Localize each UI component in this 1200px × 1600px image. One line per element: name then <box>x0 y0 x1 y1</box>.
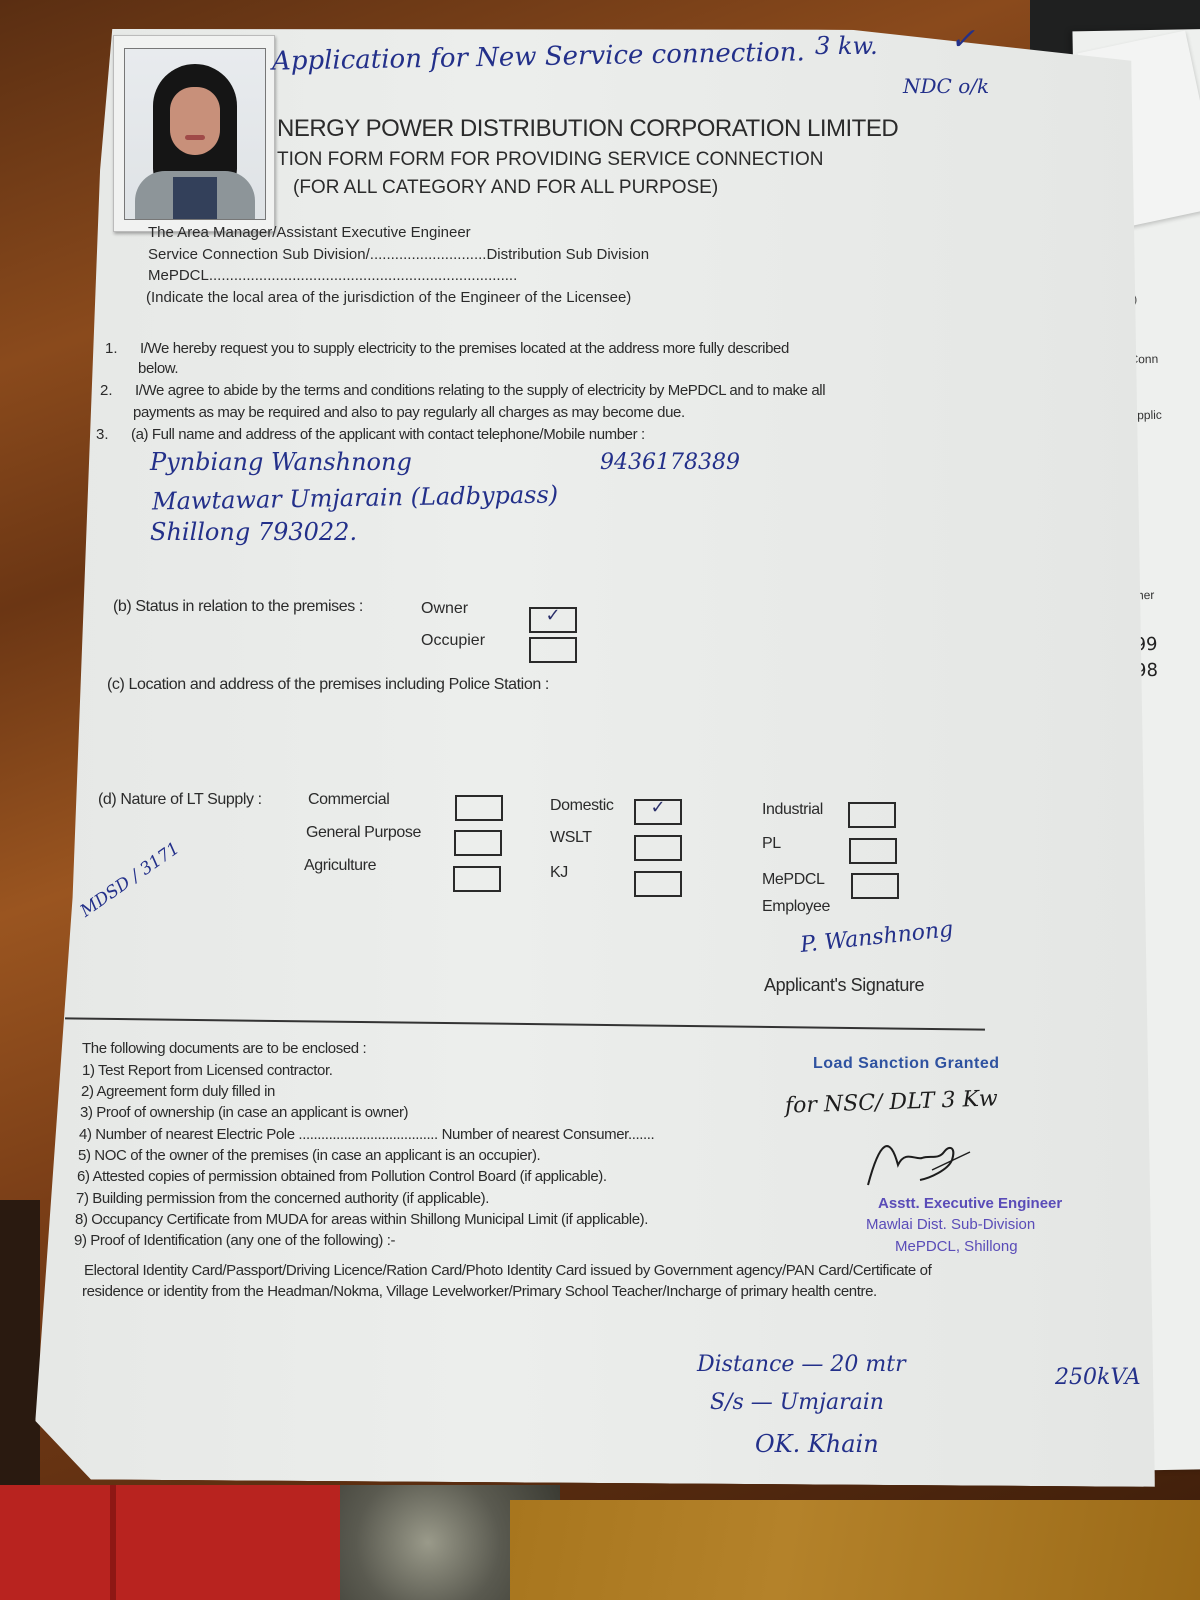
document-item: 1) Test Report from Licensed contractor. <box>82 1062 333 1079</box>
handwritten-load-note: 3 kw. <box>815 32 878 60</box>
clause-text: payments as may be required and also to … <box>133 404 685 421</box>
clause-number: 3. <box>96 426 109 443</box>
supply-option-label: Industrial <box>762 801 823 819</box>
document-item: 7) Building permission from the concerne… <box>76 1190 489 1207</box>
document-item: 2) Agreement form duly filled in <box>81 1083 275 1100</box>
applicant-photo <box>113 35 275 232</box>
status-label: (b) Status in relation to the premises : <box>113 598 363 616</box>
addressee-line: Service Connection Sub Division/........… <box>148 246 649 263</box>
supply-option-label: General Purpose <box>306 824 421 842</box>
background-wooden-table <box>510 1500 1200 1600</box>
owner-checkbox[interactable]: ✓ <box>529 607 577 633</box>
background-red-cloth <box>0 1485 360 1600</box>
clause-number: 1. <box>105 340 118 357</box>
applicant-name[interactable]: Pynbiang Wanshnong <box>150 448 412 476</box>
site-note-ok: OK. Khain <box>755 1430 879 1458</box>
document-item: 6) Attested copies of permission obtaine… <box>77 1168 607 1185</box>
header-scope: (FOR ALL CATEGORY AND FOR ALL PURPOSE) <box>293 177 718 199</box>
clause-text: I/We agree to abide by the terms and con… <box>135 382 825 399</box>
commercial-checkbox[interactable] <box>455 795 503 821</box>
supply-option-label: Commercial <box>308 791 389 809</box>
documents-heading: The following documents are to be enclos… <box>82 1040 366 1057</box>
addressee-line: (Indicate the local area of the jurisdic… <box>146 289 631 306</box>
industrial-checkbox[interactable] <box>848 802 896 828</box>
addressee-line: The Area Manager/Assistant Executive Eng… <box>148 224 471 241</box>
header-form-title: TION FORM FORM FOR PROVIDING SERVICE CON… <box>277 149 823 171</box>
document-item: 8) Occupancy Certificate from MUDA for a… <box>75 1211 648 1228</box>
site-note-substation: S/s — Umjarain <box>710 1390 884 1415</box>
engineer-signature-icon <box>860 1130 980 1195</box>
clause-text: I/We hereby request you to supply electr… <box>140 340 789 357</box>
wslt-checkbox[interactable] <box>634 835 682 861</box>
check-mark-icon: ✓ <box>636 797 680 818</box>
background-shadow <box>0 1200 40 1500</box>
signature-label: Applicant's Signature <box>764 975 924 996</box>
officer-stamp-line: MePDCL, Shillong <box>895 1238 1018 1255</box>
occupier-checkbox[interactable] <box>529 637 577 663</box>
handwritten-ndc-ok: NDC o/k <box>903 74 989 98</box>
domestic-checkbox[interactable]: ✓ <box>634 799 682 825</box>
agriculture-checkbox[interactable] <box>453 866 501 892</box>
supply-option-label: Domestic <box>550 797 613 815</box>
supply-option-label: PL <box>762 835 781 853</box>
site-note-capacity: 250kVA <box>1055 1365 1141 1390</box>
site-note-distance: Distance — 20 mtr <box>697 1352 906 1377</box>
officer-stamp-line: Asstt. Executive Engineer <box>878 1195 1062 1212</box>
clause-text: (a) Full name and address of the applica… <box>131 426 645 443</box>
supply-option-label: WSLT <box>550 829 592 847</box>
document-item: 5) NOC of the owner of the premises (in … <box>78 1147 540 1164</box>
clause-text: below. <box>138 360 178 377</box>
clause-number: 2. <box>100 382 113 399</box>
supply-option-label: KJ <box>550 864 568 882</box>
document-item: 3) Proof of ownership (in case an applic… <box>80 1104 408 1121</box>
pl-checkbox[interactable] <box>849 838 897 864</box>
applicant-phone[interactable]: 9436178389 <box>600 450 740 475</box>
mepdcl-employee-checkbox[interactable] <box>851 873 899 899</box>
load-sanction-stamp: Load Sanction Granted <box>813 1055 1000 1073</box>
supply-option-label: Agriculture <box>304 857 376 875</box>
document-item: 4) Number of nearest Electric Pole .....… <box>79 1126 654 1143</box>
location-label: (c) Location and address of the premises… <box>107 676 549 694</box>
id-proof-list: residence or identity from the Headman/N… <box>82 1283 877 1300</box>
applicant-address-line[interactable]: Shillong 793022. <box>150 518 357 546</box>
addressee-line: MePDCL..................................… <box>148 267 517 284</box>
general-purpose-checkbox[interactable] <box>454 830 502 856</box>
kj-checkbox[interactable] <box>634 871 682 897</box>
status-occupier-label: Occupier <box>421 632 485 650</box>
supply-label: (d) Nature of LT Supply : <box>98 791 262 809</box>
supply-option-label: MePDCL Employee <box>762 866 847 920</box>
handwritten-tick: ✓ <box>950 22 975 57</box>
officer-stamp-line: Mawlai Dist. Sub-Division <box>866 1216 1035 1233</box>
status-owner-label: Owner <box>421 600 468 618</box>
document-item: 9) Proof of Identification (any one of t… <box>74 1232 395 1249</box>
header-organization: NERGY POWER DISTRIBUTION CORPORATION LIM… <box>277 115 898 143</box>
check-mark-icon: ✓ <box>531 605 575 626</box>
id-proof-list: Electoral Identity Card/Passport/Driving… <box>84 1262 931 1279</box>
